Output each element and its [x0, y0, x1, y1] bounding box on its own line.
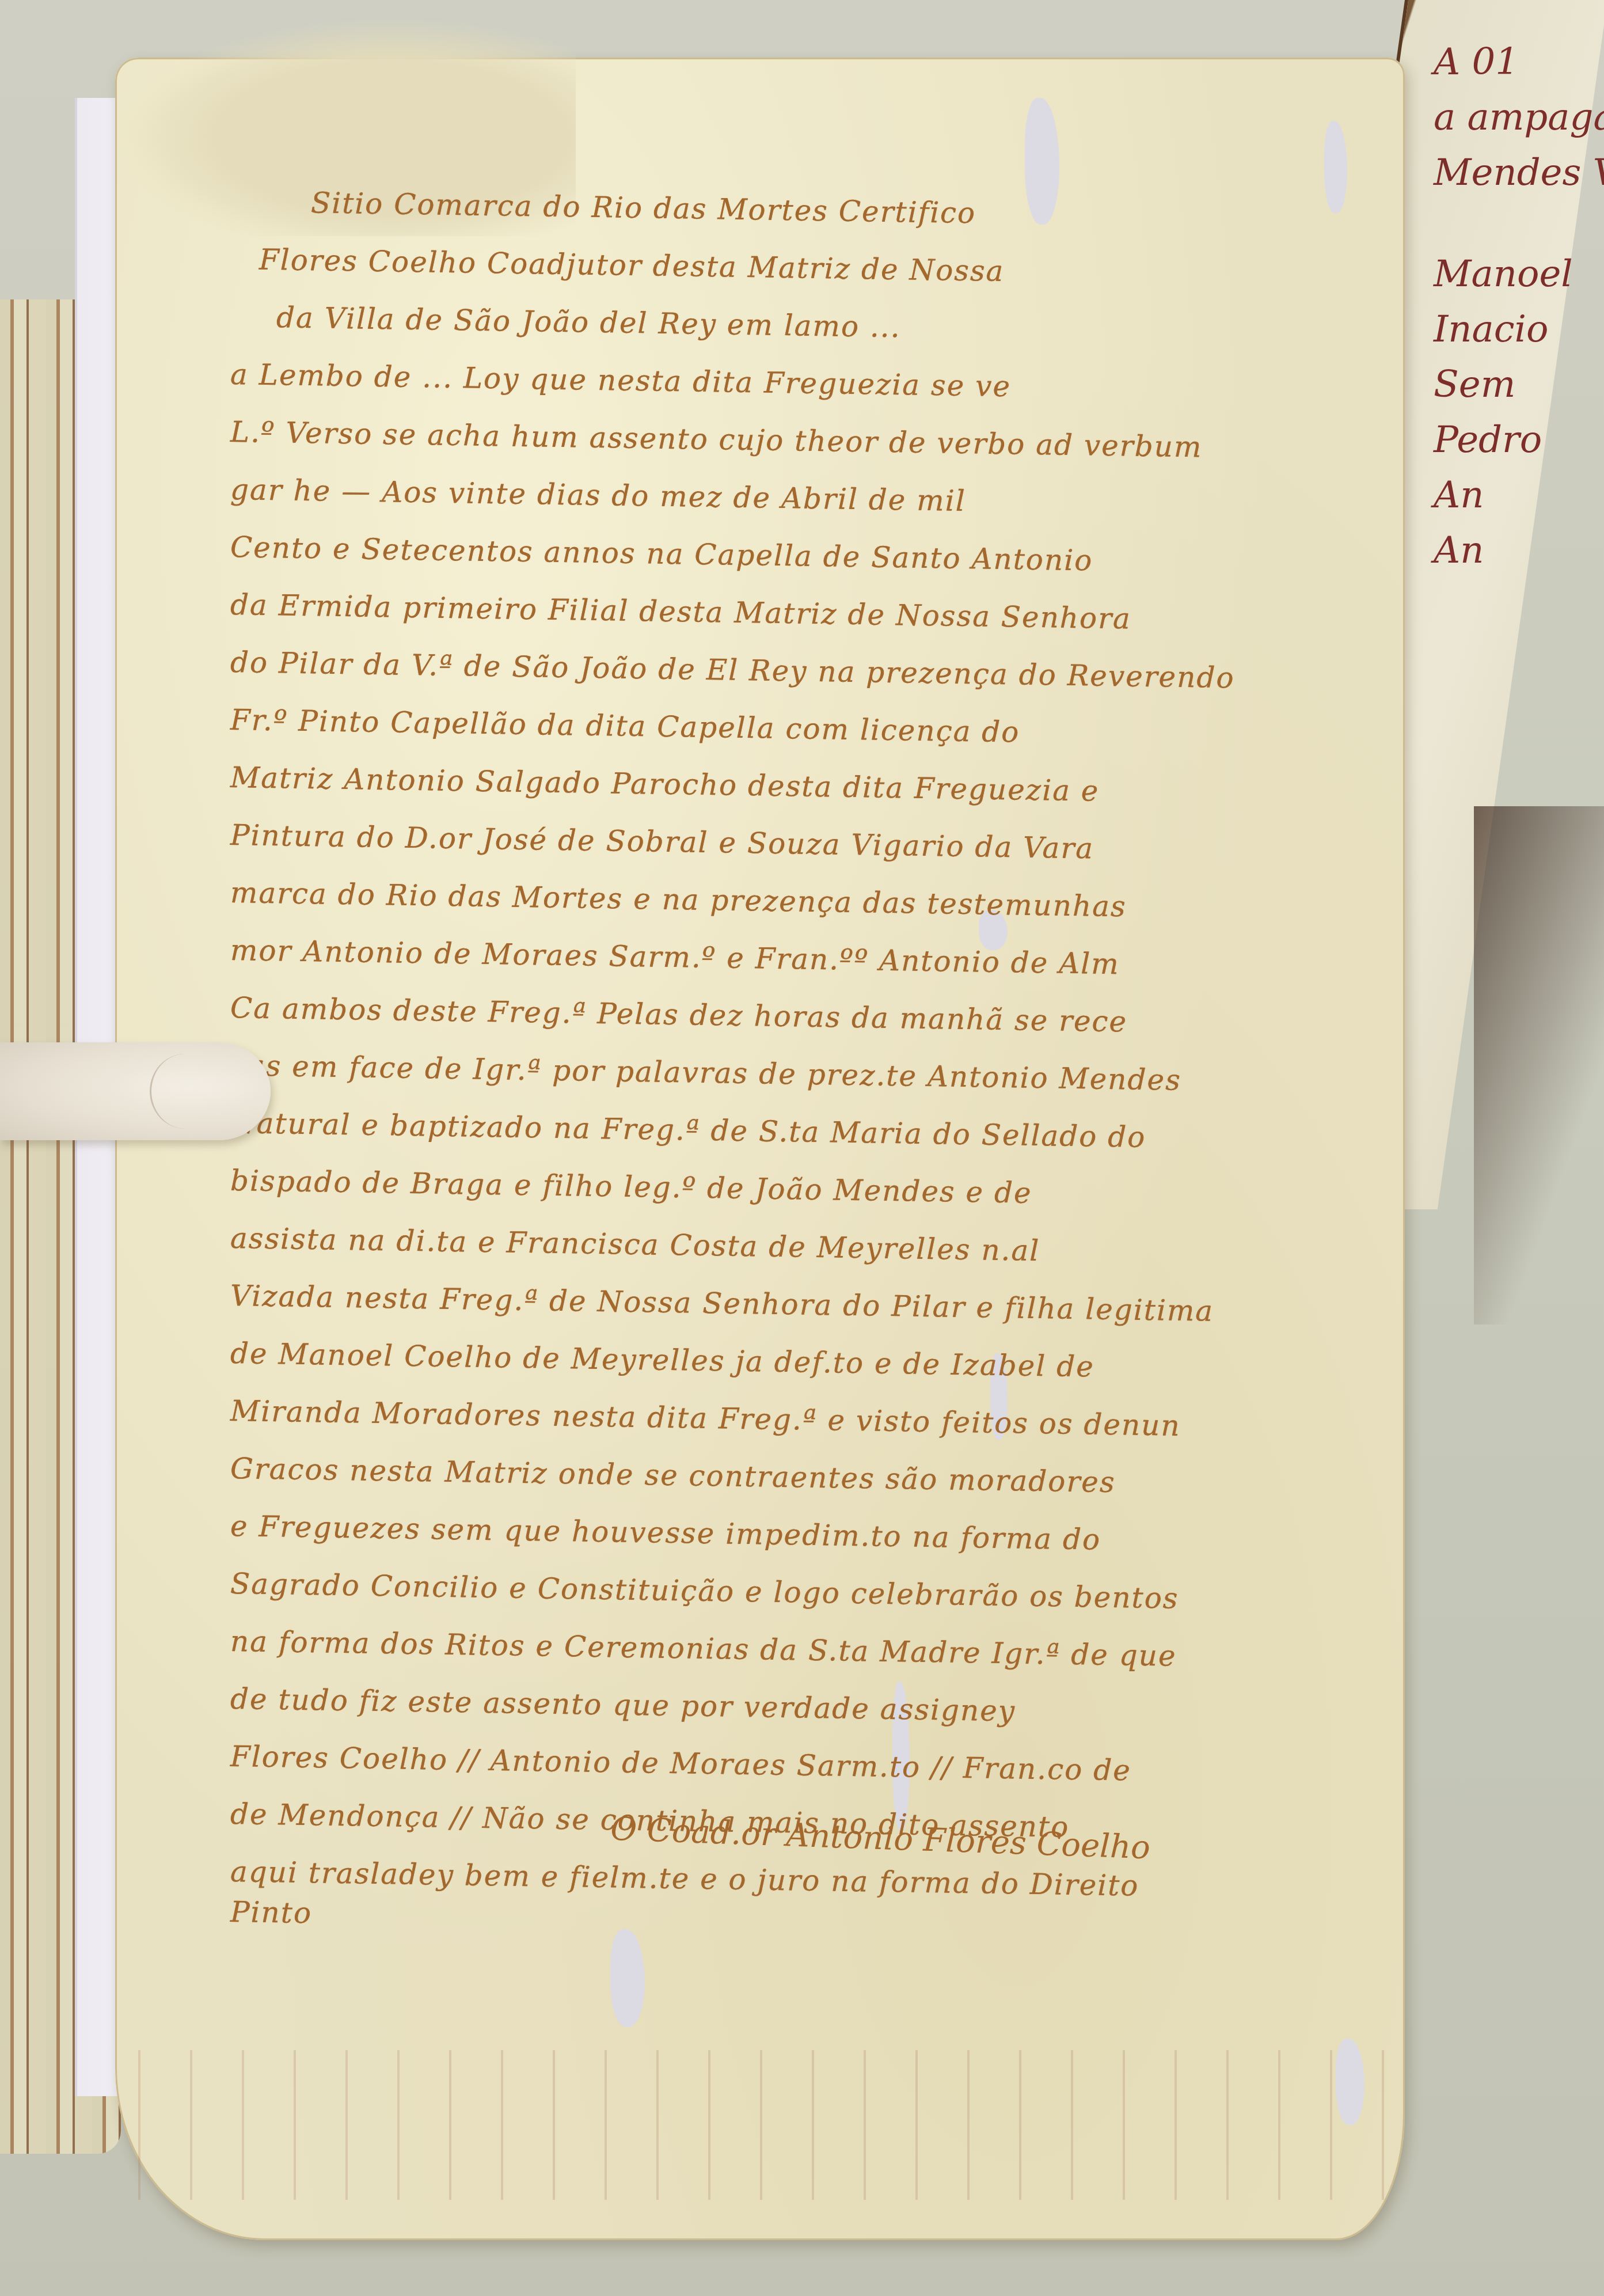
adjacent-line: Manoel — [1434, 246, 1604, 302]
adjacent-line: An — [1434, 468, 1604, 523]
adjacent-line: a ampagar — [1434, 90, 1604, 145]
adjacent-page-text: A 01 a ampagar Mendes Va Manoel Inacio S… — [1434, 35, 1604, 578]
adjacent-line: Mendes Va — [1434, 145, 1604, 200]
adjacent-line: An — [1434, 523, 1604, 578]
adjacent-line: A 01 — [1434, 35, 1604, 90]
page-fold-shadow — [1474, 806, 1604, 1325]
adjacent-line: Pedro — [1434, 412, 1604, 468]
adjacent-line: Inacio — [1434, 302, 1604, 357]
glove-fold — [150, 1054, 221, 1129]
adjacent-line: Sem — [1434, 357, 1604, 412]
manuscript-text: Sitio Comarca do Rio das Mortes Certific… — [230, 173, 1428, 1941]
bottom-edge-damage — [115, 2050, 1405, 2200]
gloved-finger — [0, 1042, 271, 1140]
